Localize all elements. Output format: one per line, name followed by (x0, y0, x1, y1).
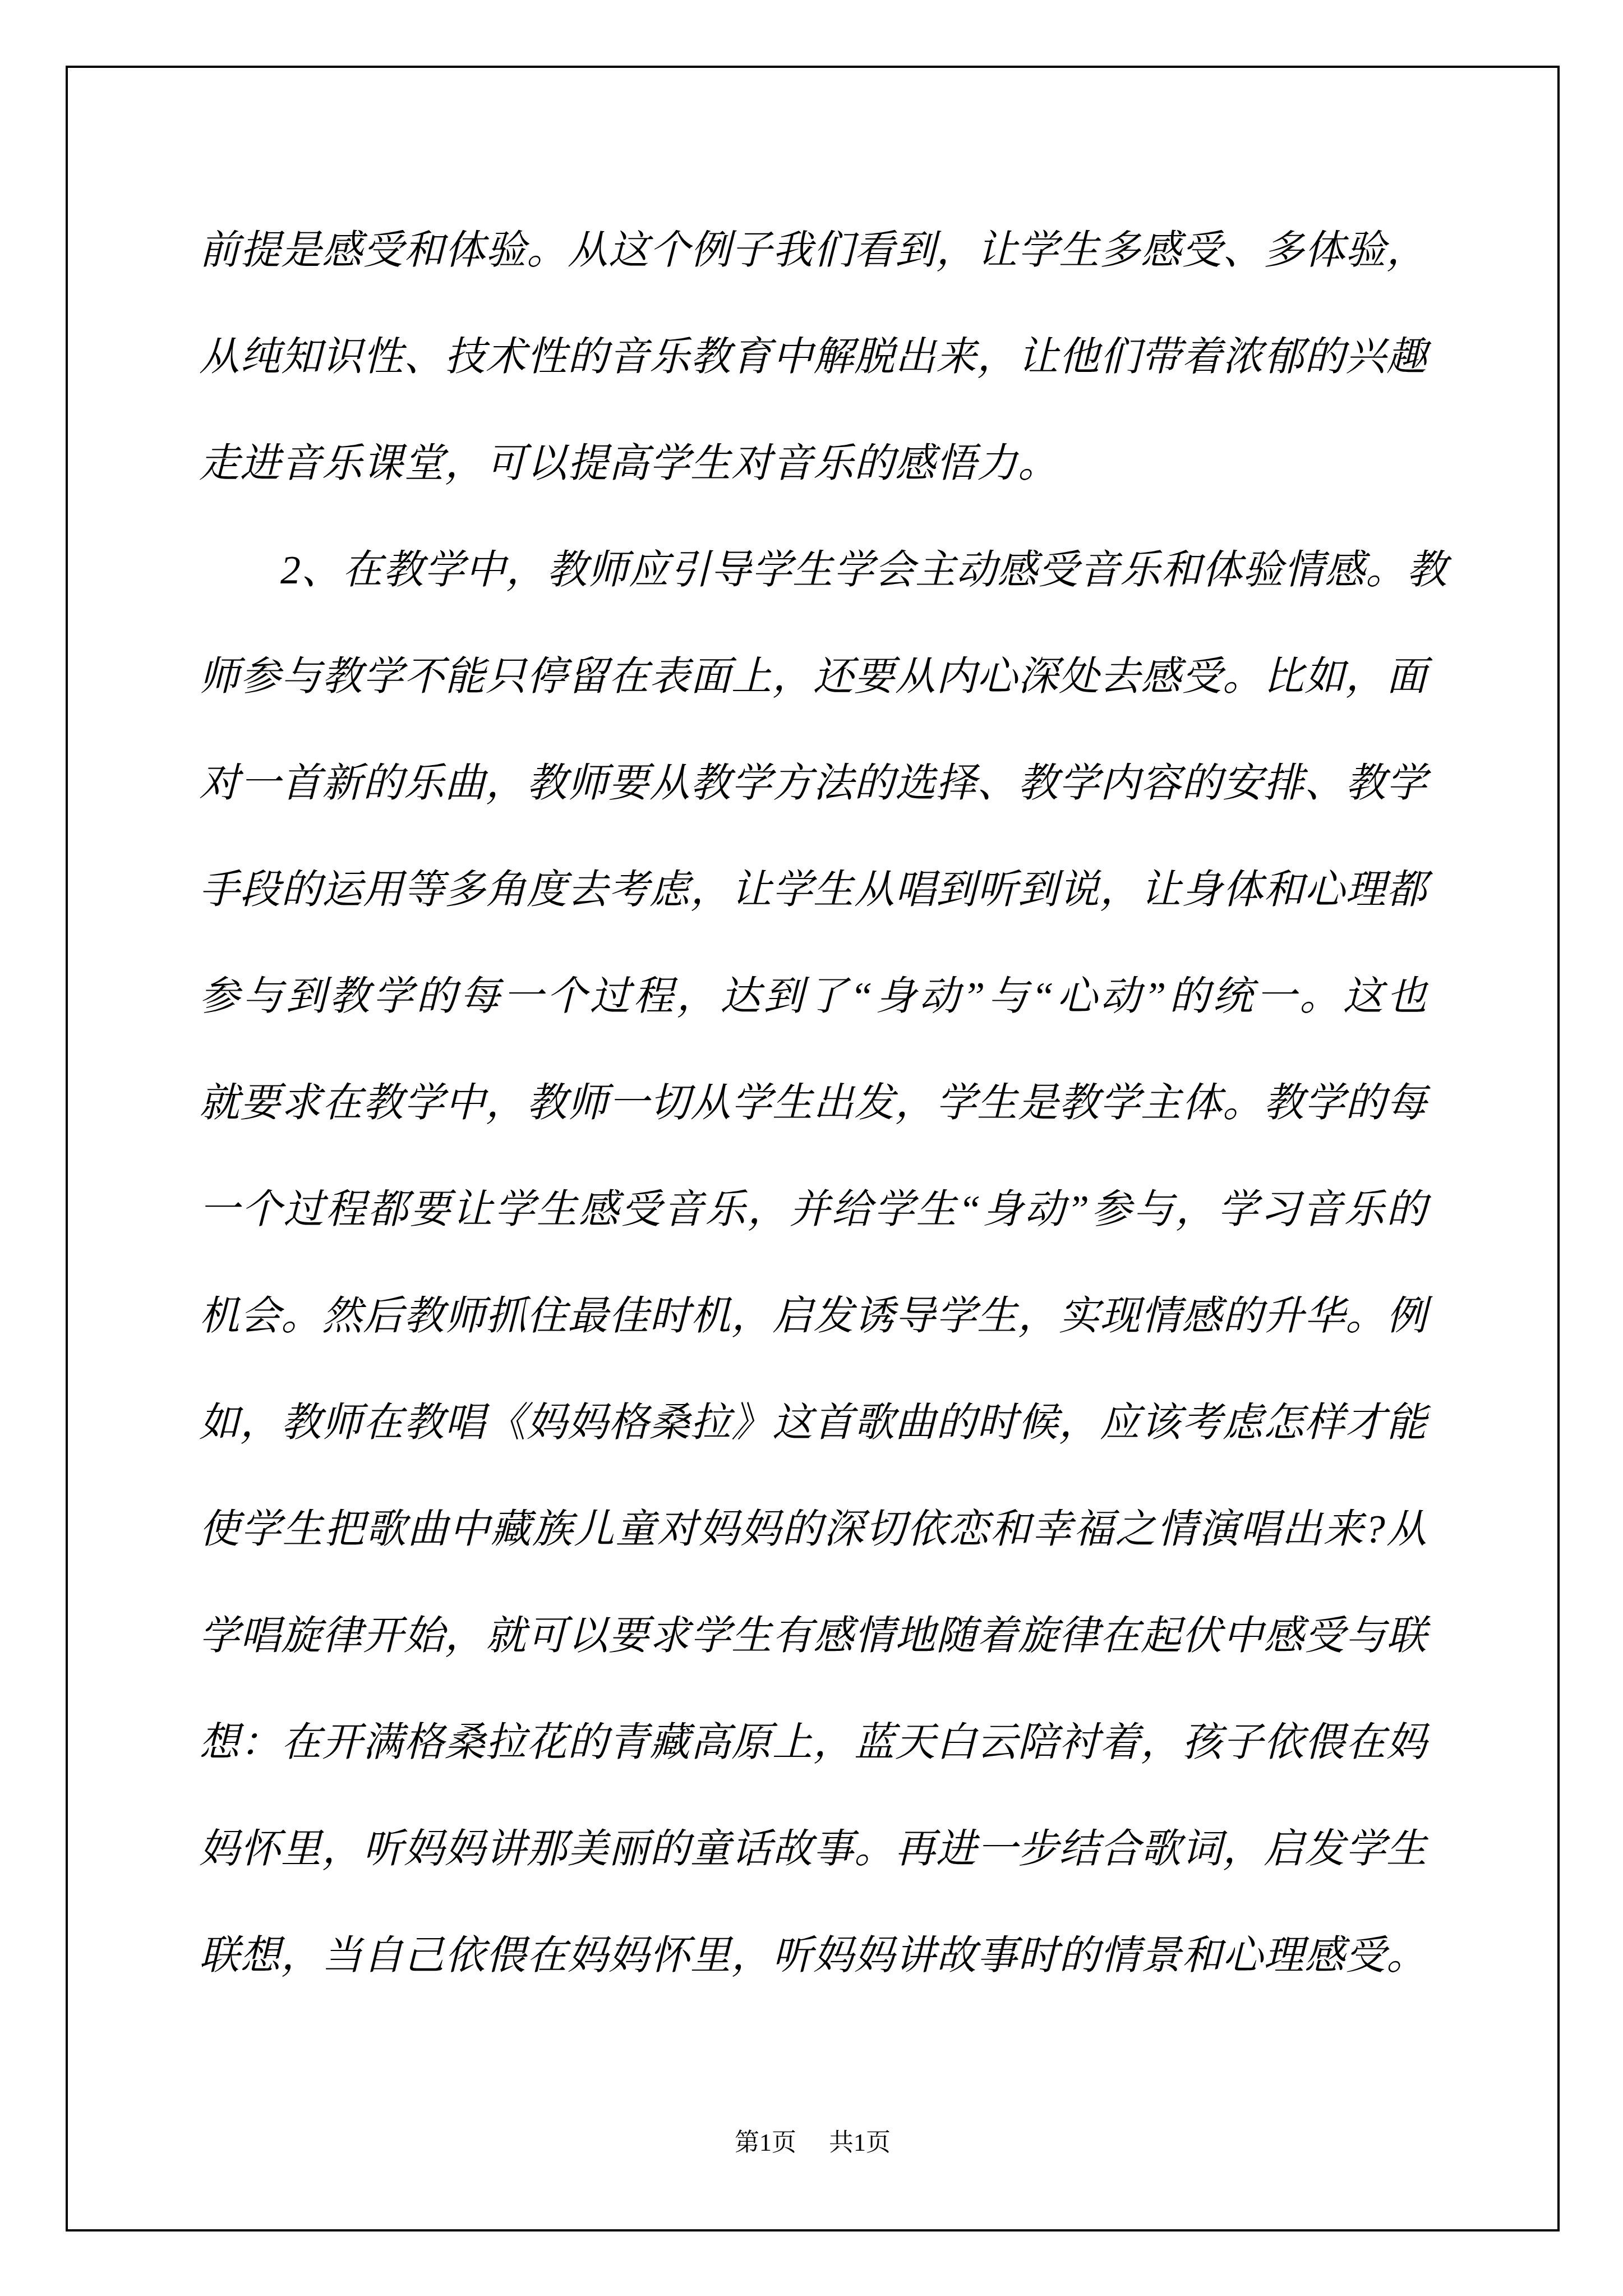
text-line: 想：在开满格桑拉花的青藏高原上，蓝天白云陪衬着，孩子依偎在妈 (199, 1689, 1427, 1796)
document-page: 前提是感受和体验。从这个例子我们看到，让学生多感受、多体验，从纯知识性、技术性的… (0, 0, 1623, 2296)
text-line: 前提是感受和体验。从这个例子我们看到，让学生多感受、多体验， (199, 197, 1427, 303)
text-line: 从纯知识性、技术性的音乐教育中解脱出来，让他们带着浓郁的兴趣 (199, 303, 1427, 410)
text-line: 联想，当自己依偎在妈妈怀里，听妈妈讲故事时的情景和心理感受。 (199, 1902, 1427, 2009)
text-line: 机会。然后教师抓住最佳时机，启发诱导学生，实现情感的升华。例 (199, 1263, 1427, 1369)
text-line: 对一首新的乐曲，教师要从教学方法的选择、教学内容的安排、教学 (199, 730, 1427, 836)
text-line: 走进音乐课堂，可以提高学生对音乐的感悟力。 (199, 410, 1427, 517)
text-line: 师参与教学不能只停留在表面上，还要从内心深处去感受。比如，面 (199, 623, 1427, 730)
text-line: 手段的运用等多角度去考虑，让学生从唱到听到说，让身体和心理都 (199, 836, 1427, 943)
text-line: 如，教师在教唱《妈妈格桑拉》这首歌曲的时候，应该考虑怎样才能 (199, 1369, 1427, 1476)
document-lines: 前提是感受和体验。从这个例子我们看到，让学生多感受、多体验，从纯知识性、技术性的… (199, 197, 1427, 2009)
text-line: 就要求在教学中，教师一切从学生出发，学生是教学主体。教学的每 (199, 1050, 1427, 1156)
text-line: 一个过程都要让学生感受音乐，并给学生“身动”参与，学习音乐的 (199, 1156, 1427, 1263)
footer-page-number: 第1页 (735, 2129, 796, 2156)
text-line: 妈怀里，听妈妈讲那美丽的童话故事。再进一步结合歌词，启发学生 (199, 1796, 1427, 1902)
page-footer: 第1页共1页 (66, 2126, 1560, 2160)
text-line: 参与到教学的每一个过程，达到了“身动”与“心动”的统一。这也 (199, 943, 1427, 1050)
footer-page-total: 共1页 (829, 2129, 891, 2156)
text-line: 2、在教学中，教师应引导学生学会主动感受音乐和体验情感。教 (199, 517, 1427, 623)
text-line: 学唱旋律开始，就可以要求学生有感情地随着旋律在起伏中感受与联 (199, 1582, 1427, 1689)
text-line: 使学生把歌曲中藏族儿童对妈妈的深切依恋和幸福之情演唱出来?从 (199, 1476, 1427, 1582)
